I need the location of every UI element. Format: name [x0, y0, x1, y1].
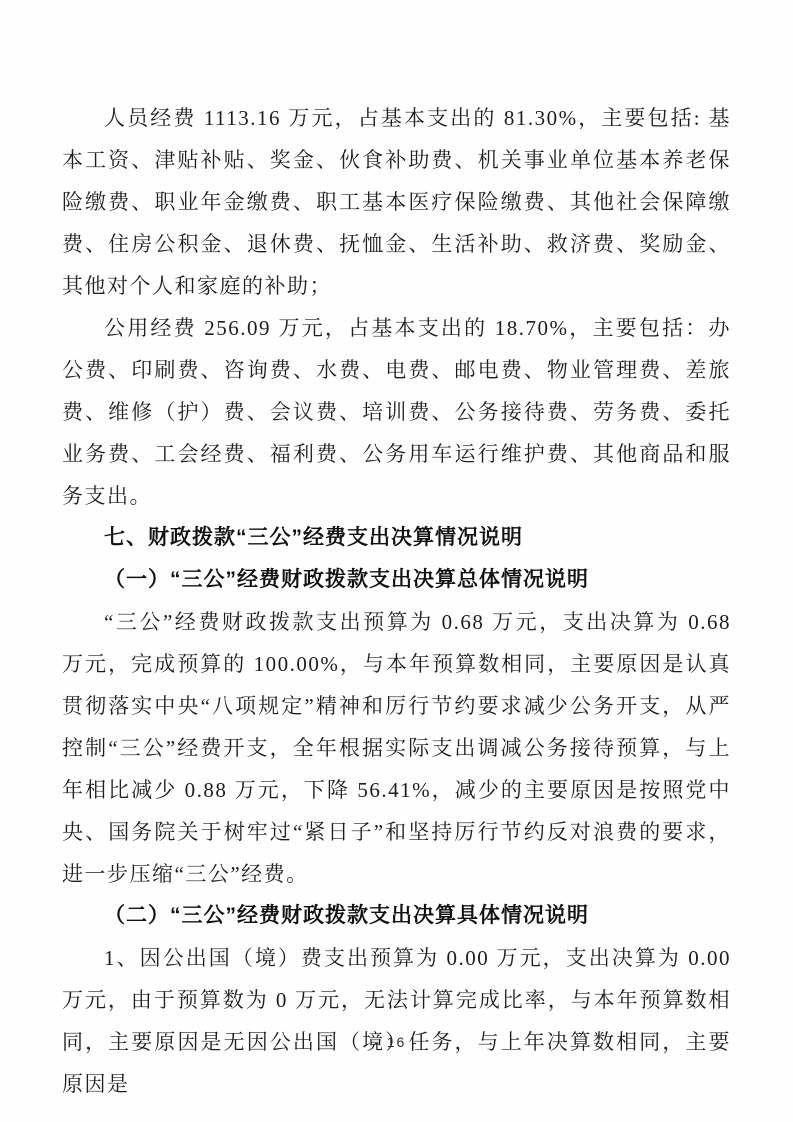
paragraph-overseas-travel-expense: 1、因公出国（境）费支出预算为 0.00 万元，支出决算为 0.00 万元，由于… [62, 937, 731, 1105]
document-body: 人员经费 1113.16 万元，占基本支出的 81.30%，主要包括: 基本工资… [62, 97, 731, 1105]
document-page: 人员经费 1113.16 万元，占基本支出的 81.30%，主要包括: 基本工资… [0, 0, 793, 1122]
page-number: - 16 - [0, 1034, 793, 1050]
heading-subsection-two-specific-situation: （二）“三公”经费财政拨款支出决算具体情况说明 [62, 895, 731, 937]
heading-subsection-one-overall-situation: （一）“三公”经费财政拨款支出决算总体情况说明 [62, 559, 731, 601]
paragraph-three-public-funds-overview: “三公”经费财政拨款支出预算为 0.68 万元，支出决算为 0.68 万元，完成… [62, 601, 731, 895]
heading-section-seven-three-public-funds: 七、财政拨款“三公”经费支出决算情况说明 [62, 517, 731, 559]
paragraph-public-expense: 公用经费 256.09 万元，占基本支出的 18.70%，主要包括：办公费、印刷… [62, 307, 731, 517]
paragraph-personnel-expense: 人员经费 1113.16 万元，占基本支出的 81.30%，主要包括: 基本工资… [62, 97, 731, 307]
